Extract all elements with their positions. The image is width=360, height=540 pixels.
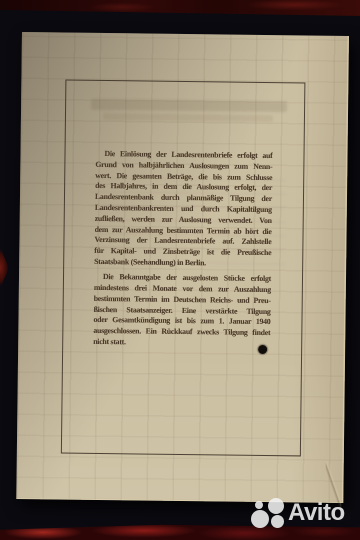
paragraph: Die Bekanntgabe der ausgelosten Stücke e… (93, 272, 271, 350)
velvet-glimpse-left-edge (0, 247, 9, 288)
paragraph: Die Einlösung der Landesrentenbriefe erf… (94, 149, 272, 270)
avito-logo-icon (251, 498, 285, 530)
punch-hole-dot (258, 345, 267, 354)
photo-of-bond-document: Die Einlösung der Landesrentenbriefe erf… (0, 0, 360, 540)
avito-logo-dot (251, 510, 269, 528)
document-text: Die Einlösung der Landesrentenbriefe erf… (93, 149, 272, 350)
avito-logo-dot (268, 498, 284, 514)
document-paper: Die Einlösung der Landesrentenbriefe erf… (16, 32, 349, 503)
avito-watermark: Avito (251, 498, 345, 530)
document-text-line: nicht statt. (93, 337, 270, 350)
velvet-background-top (0, 0, 360, 16)
document-text-line: Staatsbank (Seehandlung) in Berlin. (94, 257, 271, 270)
avito-logo-dot (255, 501, 263, 509)
avito-wordmark: Avito (288, 497, 345, 529)
avito-logo-dot (271, 515, 284, 528)
